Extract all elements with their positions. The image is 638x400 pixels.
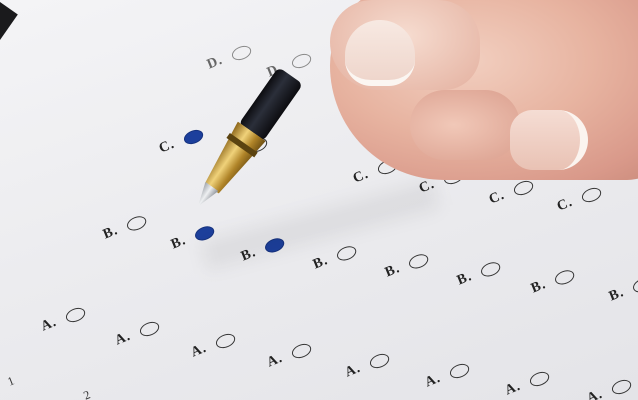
answer-option: B. — [311, 242, 359, 274]
answer-option: A. — [113, 317, 161, 349]
empty-bubble — [407, 251, 430, 271]
fingernail — [510, 110, 588, 170]
answer-option: A. — [343, 349, 391, 381]
dark-edge — [0, 0, 18, 178]
empty-bubble — [289, 51, 312, 71]
option-label: A. — [503, 379, 523, 400]
empty-bubble — [579, 185, 602, 205]
empty-bubble — [213, 331, 236, 351]
answer-option: B. — [607, 274, 638, 306]
option-label: A. — [39, 315, 59, 336]
filled-bubble — [181, 127, 204, 147]
empty-bubble — [631, 275, 638, 295]
answer-option: B. — [455, 258, 503, 290]
answer-option: B. — [101, 212, 149, 244]
option-label: C. — [351, 167, 371, 188]
middle-finger — [410, 90, 520, 160]
answer-option: B. — [383, 250, 431, 282]
option-label: B. — [529, 277, 549, 297]
answer-sheet-photo: D.D.C.C.C.C.C.C.B.B.B.B.B.B.B.B.A.A.A.A.… — [0, 0, 638, 400]
empty-bubble — [289, 341, 312, 361]
empty-bubble — [609, 377, 632, 397]
empty-bubble — [479, 259, 502, 279]
option-label: A. — [585, 387, 605, 400]
option-label: B. — [169, 233, 189, 253]
answer-option: C. — [487, 176, 535, 208]
empty-bubble — [137, 319, 160, 339]
empty-bubble — [63, 305, 86, 325]
option-label: A. — [343, 361, 363, 382]
option-label: B. — [607, 285, 627, 305]
answer-option: C. — [157, 125, 205, 157]
option-label: D. — [205, 53, 225, 74]
answer-option: A. — [585, 375, 633, 400]
option-label: C. — [487, 188, 507, 209]
option-label: A. — [113, 329, 133, 350]
answer-option: B. — [529, 266, 577, 298]
ballpoint-pen — [169, 62, 308, 235]
option-label: B. — [455, 269, 475, 289]
empty-bubble — [335, 243, 358, 263]
question-number: 1 — [5, 373, 16, 389]
answer-option: D. — [205, 41, 253, 73]
option-label: A. — [423, 371, 443, 392]
empty-bubble — [125, 213, 148, 233]
empty-bubble — [447, 361, 470, 381]
empty-bubble — [229, 43, 252, 63]
option-label: B. — [311, 253, 331, 273]
empty-bubble — [553, 267, 576, 287]
question-number: 2 — [81, 387, 92, 400]
answer-option: C. — [555, 183, 603, 215]
answer-option: A. — [423, 359, 471, 391]
empty-bubble — [367, 351, 390, 371]
answer-option: A. — [265, 339, 313, 371]
option-label: C. — [157, 137, 177, 158]
option-label: A. — [189, 341, 209, 362]
option-label: C. — [555, 195, 575, 216]
answer-option: A. — [503, 367, 551, 399]
answer-option: A. — [189, 329, 237, 361]
option-label: A. — [265, 351, 285, 372]
answer-option: A. — [39, 303, 87, 335]
empty-bubble — [527, 369, 550, 389]
empty-bubble — [511, 178, 534, 198]
thumbnail — [345, 20, 415, 86]
option-label: B. — [101, 223, 121, 243]
option-label: B. — [383, 261, 403, 281]
